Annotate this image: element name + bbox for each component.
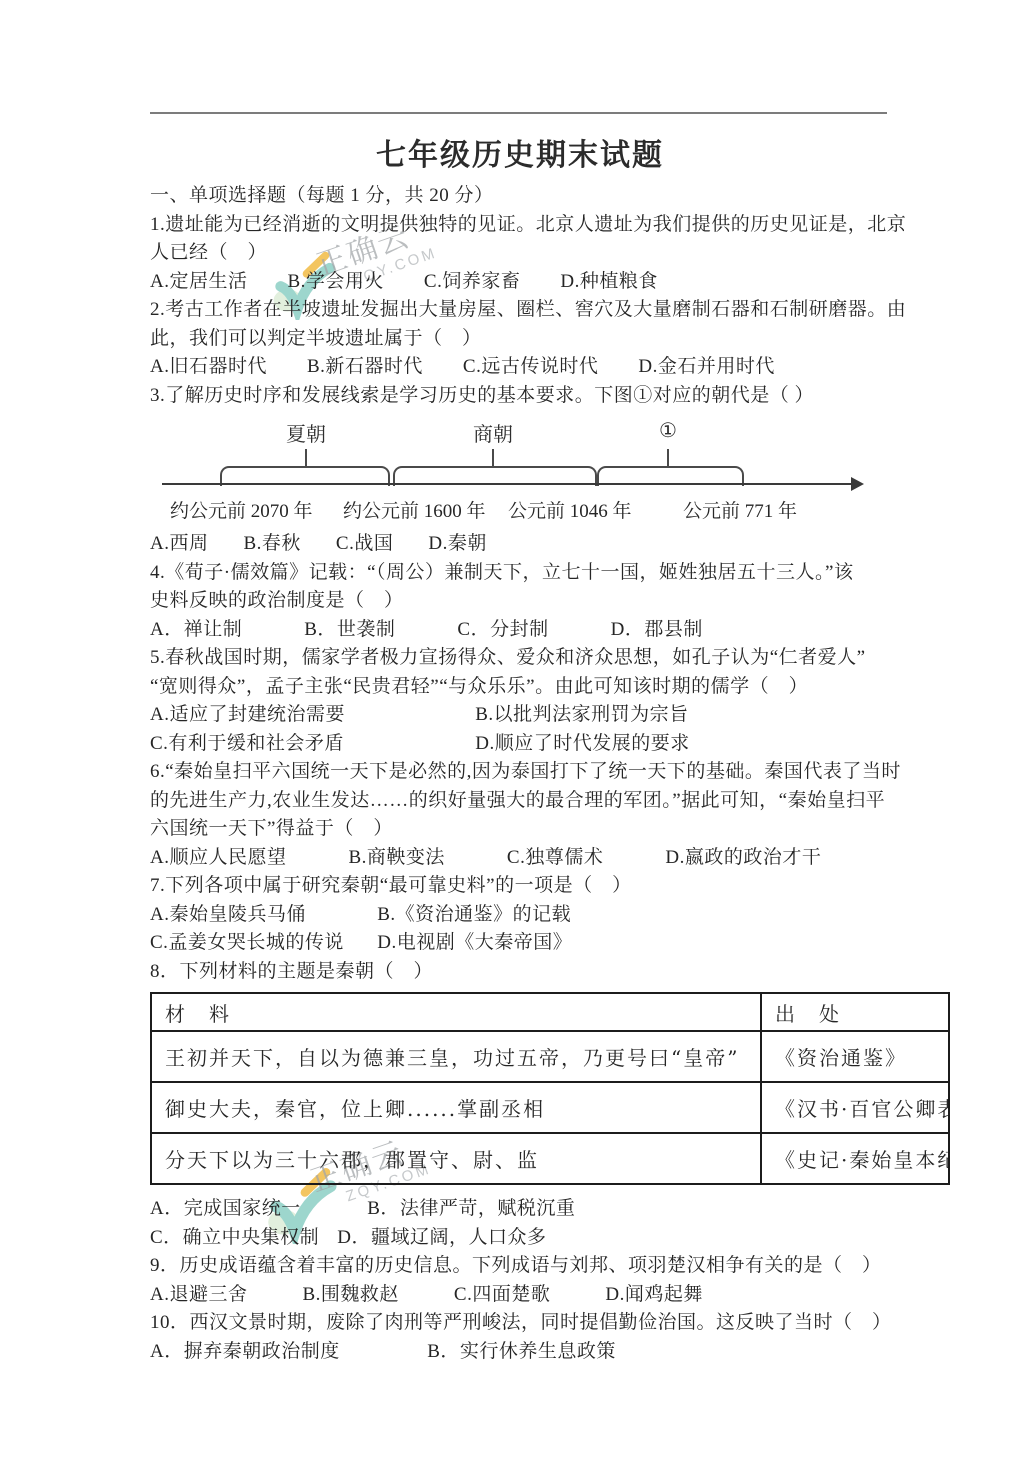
table-cell-material: 御史大夫，秦官，位上卿......掌副丞相 [151,1082,761,1133]
table-cell-source: 《资治通鉴》 [761,1031,949,1082]
q5-option-b: B.以批判法家刑罚为宗旨 [475,704,688,725]
q4-options-row: A．禅让制 B．世袭制 C．分封制 D．郡县制 [150,616,890,645]
q5-options-row-1: A.适应了封建统治需要 B.以批判法家刑罚为宗旨 [150,701,890,730]
q7-option-d: D.电视剧《大秦帝国》 [377,932,572,953]
timeline-year-771: 公元前 771 年 [683,496,797,523]
q9-option-c: C.四面楚歌 [454,1281,550,1310]
q6-option-b: B.商鞅变法 [348,844,444,873]
q9-option-a: A.退避三舍 [150,1281,247,1310]
q3-option-c: C.战国 [336,530,393,559]
q7-option-a: A.秦始皇陵兵马俑 [150,901,372,930]
q1-option-d: D.种植粮食 [560,268,657,297]
q1-stem-line-1: 1.遗址能为已经消逝的文明提供独特的见证。北京人遗址为我们提供的历史见证是，北京 [150,211,890,240]
q10-option-b: B．实行休养生息政策 [427,1341,616,1362]
materials-table: 材 料 出 处 王初并天下，自以为德兼三皇，功过五帝，乃更号曰“皇帝” 《资治通… [150,992,950,1185]
timeline-era-circled-1: ① [659,418,677,443]
q8-option-b: B．法律严苛，赋税沉重 [367,1198,575,1219]
q2-option-c: C.远古传说时代 [463,353,598,382]
table-cell-material: 分天下以为三十六郡，郡置守、尉、监 [151,1133,761,1184]
q10-stem-line-1: 10．西汉文景时期，废除了肉刑等严刑峻法，同时提倡勤俭治国。这反映了当时（ ） [150,1309,890,1338]
exam-page: 七年级历史期末试题 一、单项选择题（每题 1 分，共 20 分） 1.遗址能为已… [150,112,890,1366]
table-cell-source: 《史记·秦始皇本纪》 [761,1133,949,1184]
q6-option-a: A.顺应人民愿望 [150,844,286,873]
q5-stem-line-2: “宽则得众”，孟子主张“民贵君轻”“与众乐乐”。由此可知该时期的儒学（ ） [150,673,890,702]
q1-option-c: C.饲养家畜 [424,268,520,297]
q8-options-row-1: A．完成国家统一 B．法律严苛，赋税沉重 [150,1195,890,1224]
q9-option-d: D.闻鸡起舞 [605,1281,702,1310]
q3-options-row: A.西周 B.春秋 C.战国 D.秦朝 [150,530,890,559]
q6-stem-line-3: 六国统一天下”得益于（ ） [150,815,890,844]
top-rule [150,112,887,114]
table-header-row: 材 料 出 处 [151,993,949,1031]
q2-options-row: A.旧石器时代 B.新石器时代 C.远古传说时代 D.金石并用时代 [150,353,890,382]
q4-option-a: A．禅让制 [150,616,242,645]
q7-option-b: B.《资治通鉴》的记载 [377,904,571,925]
table-cell-material: 王初并天下，自以为德兼三皇，功过五帝，乃更号曰“皇帝” [151,1031,761,1082]
timeline-year-2070: 约公元前 2070 年 [170,496,313,523]
q1-options-row: A.定居生活 B.学会用火 C.饲养家畜 D.种植粮食 [150,268,890,297]
q3-option-a: A.西周 [150,530,208,559]
timeline-year-1600: 约公元前 1600 年 [343,496,486,523]
table-row: 御史大夫，秦官，位上卿......掌副丞相 《汉书·百官公卿表》 [151,1082,949,1133]
table-row: 分天下以为三十六郡，郡置守、尉、监 《史记·秦始皇本纪》 [151,1133,949,1184]
timeline-year-1046: 公元前 1046 年 [508,496,632,523]
table-header-source: 出 处 [761,993,949,1031]
q3-option-d: D.秦朝 [428,530,486,559]
q8-stem-line-1: 8．下列材料的主题是秦朝（ ） [150,958,890,987]
q6-option-d: D.嬴政的政治才干 [665,844,821,873]
q4-stem-line-2: 史料反映的政治制度是（ ） [150,587,890,616]
q2-stem-line-1: 2.考古工作者在半坡遗址发掘出大量房屋、圈栏、窖穴及大量磨制石器和石制研磨器。由 [150,296,890,325]
q1-option-a: A.定居生活 [150,268,247,297]
q7-options-row-2: C.孟姜女哭长城的传说 D.电视剧《大秦帝国》 [150,929,890,958]
q3-stem-line-1: 3.了解历史时序和发展线索是学习历史的基本要求。下图①对应的朝代是（ ） [150,382,890,411]
q5-stem-line-1: 5.春秋战国时期，儒家学者极力宣扬得众、爱众和济众思想，如孔子认为“仁者爱人” [150,644,890,673]
q2-stem-line-2: 此，我们可以判定半坡遗址属于（ ） [150,325,890,354]
timeline-axis-arrow [162,483,852,485]
q5-option-c: C.有利于缓和社会矛盾 [150,730,470,759]
dynasty-timeline-diagram: 夏朝 商朝 ① 约公元前 2070 年 约公元前 1600 年 公元前 1046… [150,412,887,530]
q4-option-b: B．世袭制 [304,616,395,645]
q8-option-d: D．疆域辽阔，人口众多 [337,1227,546,1248]
q5-option-a: A.适应了封建统治需要 [150,701,470,730]
q7-stem-line-1: 7.下列各项中属于研究秦朝“最可靠史料”的一项是（ ） [150,872,890,901]
timeline-era-shang: 商朝 [473,418,513,447]
q9-option-b: B.围魏救赵 [302,1281,398,1310]
q6-stem-line-2: 的先进生产力,农业生发达……的织好量强大的最合理的军团。”据此可知，“秦始皇扫平 [150,787,890,816]
q2-option-b: B.新石器时代 [307,353,423,382]
q2-option-a: A.旧石器时代 [150,353,267,382]
q8-option-a: A．完成国家统一 [150,1195,362,1224]
q7-options-row-1: A.秦始皇陵兵马俑 B.《资治通鉴》的记载 [150,901,890,930]
q5-options-row-2: C.有利于缓和社会矛盾 D.顺应了时代发展的要求 [150,730,890,759]
q10-options-row: A．摒弃秦朝政治制度 B．实行休养生息政策 [150,1338,890,1367]
q7-option-c: C.孟姜女哭长城的传说 [150,929,372,958]
q8-option-c: C．确立中央集权制 [150,1224,332,1253]
q8-options-row-2: C．确立中央集权制 D．疆域辽阔，人口众多 [150,1224,890,1253]
q1-option-b: B.学会用火 [287,268,383,297]
table-cell-source: 《汉书·百官公卿表》 [761,1082,949,1133]
q3-option-b: B.春秋 [243,530,300,559]
q10-option-a: A．摒弃秦朝政治制度 [150,1338,422,1367]
q4-option-d: D．郡县制 [611,616,703,645]
section-header: 一、单项选择题（每题 1 分，共 20 分） [150,182,890,211]
q9-options-row: A.退避三舍 B.围魏救赵 C.四面楚歌 D.闻鸡起舞 [150,1281,890,1310]
table-header-material: 材 料 [151,993,761,1031]
q5-option-d: D.顺应了时代发展的要求 [475,733,689,754]
q9-stem-line-1: 9．历史成语蕴含着丰富的历史信息。下列成语与刘邦、项羽楚汉相争有关的是（ ） [150,1252,890,1281]
timeline-era-xia: 夏朝 [286,418,326,447]
table-row: 王初并天下，自以为德兼三皇，功过五帝，乃更号曰“皇帝” 《资治通鉴》 [151,1031,949,1082]
q6-option-c: C.独尊儒术 [507,844,603,873]
q6-stem-line-1: 6.“秦始皇扫平六国统一天下是必然的,因为泰国打下了统一天下的基础。秦国代表了当… [150,758,890,787]
q1-stem-line-2: 人已经（ ） [150,239,890,268]
q4-stem-line-1: 4.《荀子·儒效篇》记载：“（周公）兼制天下，立七十一国，姬姓独居五十三人。”该 [150,559,890,588]
q2-option-d: D.金石并用时代 [638,353,774,382]
q4-option-c: C．分封制 [457,616,548,645]
page-title: 七年级历史期末试题 [150,130,890,174]
q6-options-row: A.顺应人民愿望 B.商鞅变法 C.独尊儒术 D.嬴政的政治才干 [150,844,890,873]
